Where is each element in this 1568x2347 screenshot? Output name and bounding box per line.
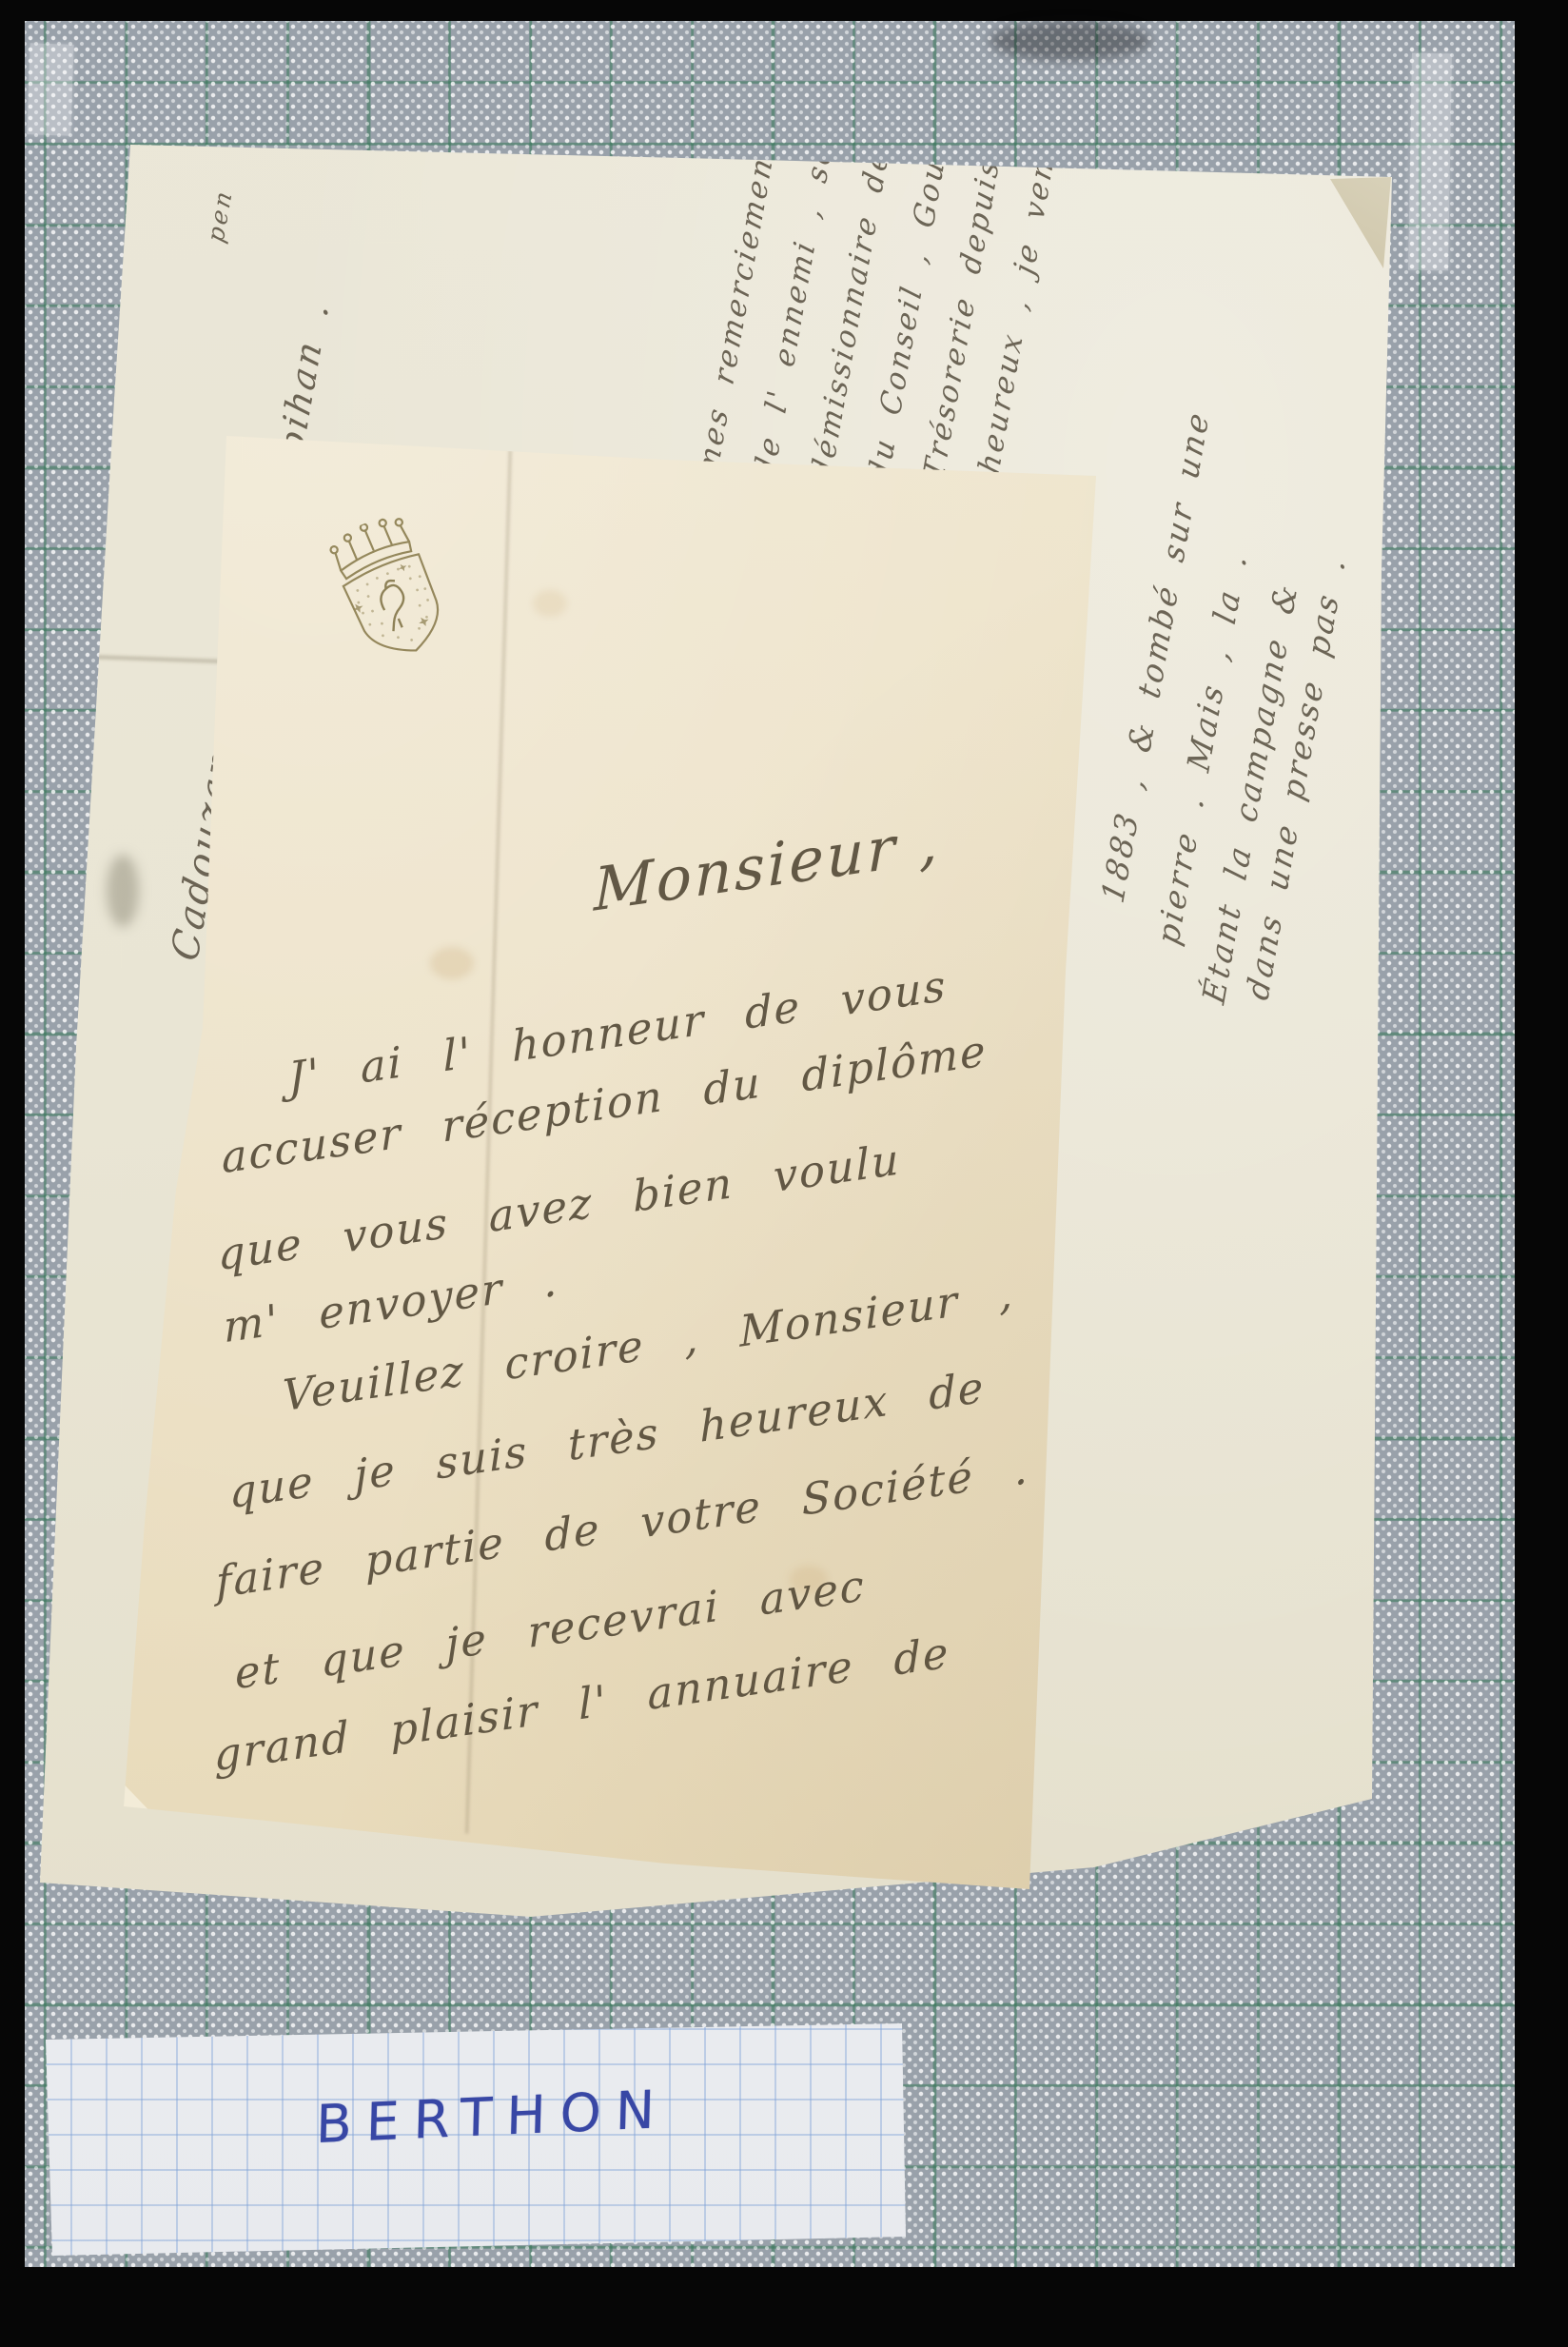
foxing-spot xyxy=(430,947,474,979)
shadow-smudge-top xyxy=(990,21,1151,61)
foxing-spot xyxy=(533,590,567,617)
tape-strip-top-right xyxy=(1408,53,1452,271)
photo-frame: Cadouzan , pres la and , Morbihan . pen … xyxy=(0,0,1568,2347)
front-letter-salutation: Monsieur , xyxy=(594,806,940,925)
back-letter-corner-fold xyxy=(1328,175,1395,270)
back-letter-glue-mark xyxy=(107,855,139,927)
crowned-shield-bird-crest-icon xyxy=(306,502,476,687)
tape-strip-top-left xyxy=(27,43,73,136)
back-letter-fragment: pen xyxy=(202,186,238,246)
